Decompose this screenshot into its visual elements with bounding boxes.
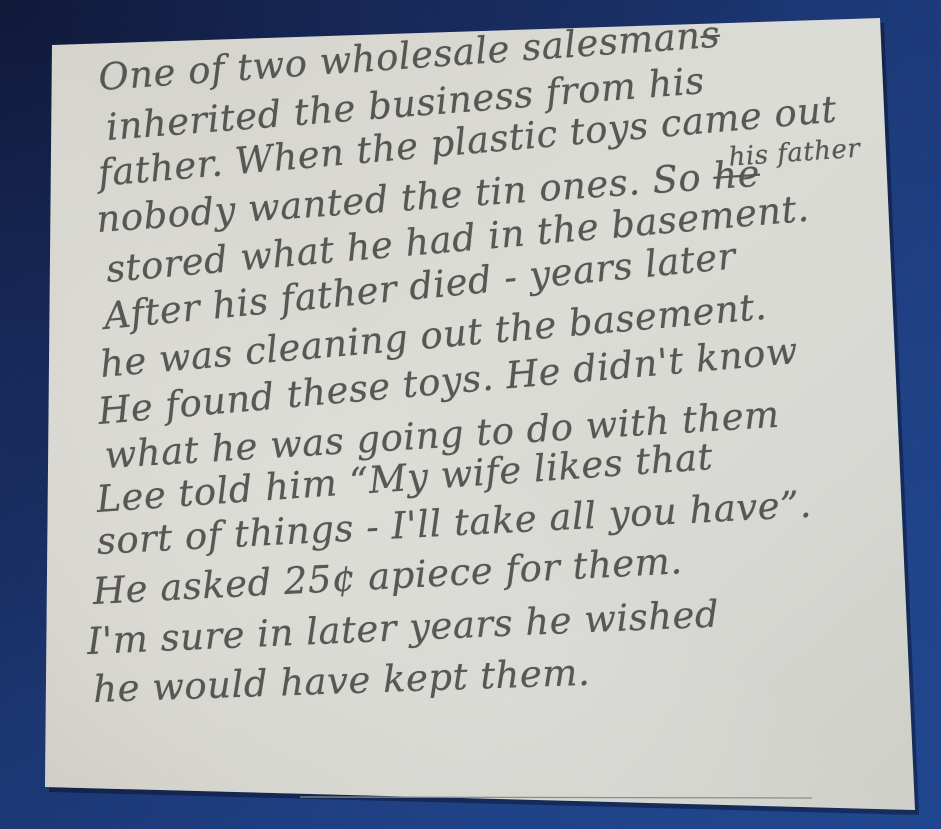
- paper-sheet: [0, 0, 941, 829]
